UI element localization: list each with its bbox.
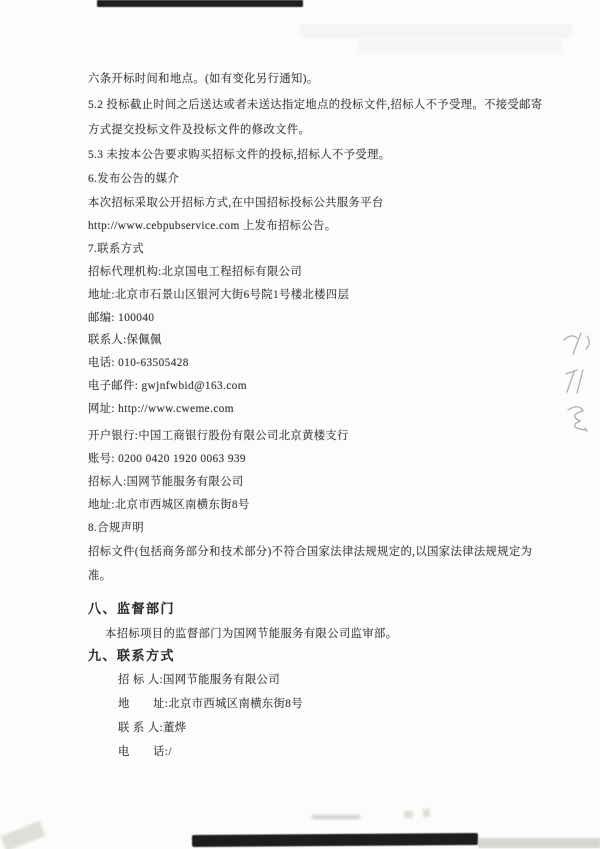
doc-line: 本招标项目的监督部门为国网节能服务有限公司监审部。 [105,627,397,642]
section-heading-supervision: 八、监督部门 [88,601,175,616]
doc-line-url: http://www.cebpubservice.com 上发布招标公告。 [88,219,336,234]
paper-shading [300,24,572,38]
doc-line: 地址:北京市石景山区银河大街6号院1号楼北楼四层 [88,288,349,303]
scan-band-top [97,0,303,7]
doc-line: 招标代理机构:北京国电工程招标有限公司 [88,265,302,280]
doc-line: 地址:北京市西城区南横东街8号 [88,498,250,513]
doc-line: 5.2 投标截止时间之后送达或者未送达指定地点的投标文件,招标人不予受理。不接受… [88,98,543,113]
paper-shading [358,40,562,52]
doc-line: 电 话:/ [118,745,172,760]
doc-line: 7.联系方式 [88,242,144,257]
doc-line: 开户银行:中国工商银行股份有限公司北京黄楼支行 [88,429,349,444]
doc-line: 方式提交投标文件及投标文件的修改文件。 [88,123,310,138]
doc-line: 电话: 010-63505428 [88,356,189,371]
doc-line: 8.合规声明 [88,521,144,536]
bleedthrough-smudge [312,815,360,819]
scan-band-bottom [192,833,478,847]
doc-line: 电子邮件: gwjnfwbid@163.com [88,379,247,394]
doc-line: 5.3 未按本公告要求购买招标文件的投标,招标人不予受理。 [88,148,391,163]
section-heading-contact: 九、联系方式 [88,648,175,663]
corner-smudge [1,821,46,849]
doc-line: 准。 [88,569,111,584]
bleedthrough-smudge [423,809,430,817]
scan-band-bottom-right [478,838,600,848]
bleedthrough-smudge [404,811,413,818]
handwritten-note [556,328,598,440]
doc-line: 本次招标采取公开招标方式,在中国招标投标公共服务平台 [88,196,384,211]
doc-line: 六条开标时间和地点。(如有变化另行通知)。 [88,72,319,87]
doc-line-url: 网址: http://www.cweme.com [88,402,234,417]
doc-line: 地 址:北京市西城区南横东街8号 [118,697,303,712]
doc-line: 6.发布公告的媒介 [88,172,179,187]
document-page: 六条开标时间和地点。(如有变化另行通知)。 5.2 投标截止时间之后送达或者未送… [0,0,600,849]
doc-line: 招 标 人:国网节能服务有限公司 [118,673,280,688]
doc-line: 联 系 人:董烨 [118,721,186,736]
doc-line: 账号: 0200 0420 1920 0063 939 [88,452,246,467]
doc-line: 邮编: 100040 [88,311,154,326]
doc-line: 招标人:国网节能服务有限公司 [88,475,244,490]
doc-line: 招标文件(包括商务部分和技术部分)不符合国家法律法规规定的,以国家法律法规规定为 [88,545,532,560]
doc-line: 联系人:保佩佩 [88,333,162,348]
